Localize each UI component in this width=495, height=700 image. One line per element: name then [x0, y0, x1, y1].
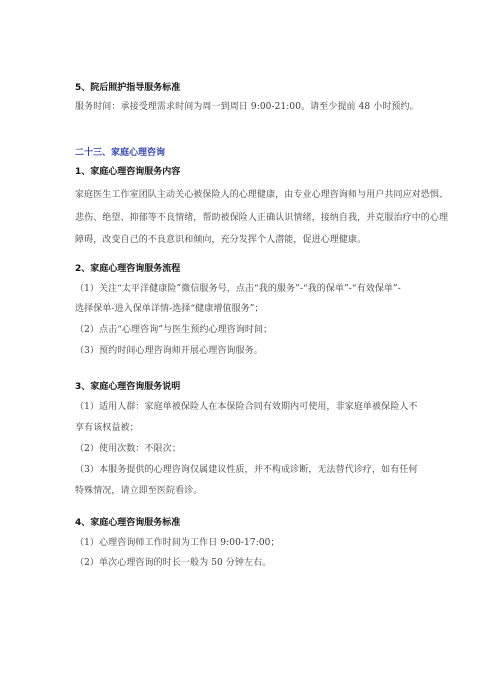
paragraph-line: （3）预约时间心理咨询师开展心理咨询服务。 [75, 345, 263, 357]
chapter-title: 二十三、家庭心理咨询 [75, 147, 165, 159]
paragraph-line: （2）使用次数：不限次； [75, 443, 181, 455]
section-heading: 5、院后照护指导服务标准 [75, 82, 180, 94]
paragraph-line: 特殊情况，请立即至医院看诊。 [75, 485, 202, 497]
section-heading: 3、家庭心理咨询服务说明 [75, 381, 180, 393]
section-heading: 4、家庭心理咨询服务标准 [75, 517, 180, 529]
paragraph-line: 享有该权益被； [75, 422, 139, 434]
paragraph-line: 障碍，改变自己的不良意识和倾向，充分发挥个人潜能，促进心理健康。 [75, 234, 366, 246]
paragraph-line: （1）适用人群：家庭单被保险人在本保险合同有效期内可使用，非家庭单被保险人不 [75, 401, 418, 413]
paragraph-line: 服务时间：承接受理需求时间为周一到周日 9:00-21:00。请至少提前 48 … [75, 101, 419, 113]
paragraph-line: （2）点击“心理咨询”与医生预约心理咨询时间； [75, 324, 272, 336]
paragraph-line: 选择保单-进入保单详情-选择“健康增值服务”； [75, 303, 264, 315]
section-heading: 2、家庭心理咨询服务流程 [75, 263, 180, 275]
section-heading: 1、家庭心理咨询服务内容 [75, 166, 180, 178]
paragraph-line: （3）本服务提供的心理咨询仅属建议性质，并不构成诊断，无法替代诊疗，如有任何 [75, 464, 418, 476]
paragraph-line: （1）关注“太平洋健康险”微信服务号，点击“我的服务”-“我的保单”-“有效保单… [75, 283, 401, 295]
paragraph-line: 悲伤、绝望、抑郁等不良情绪，帮助被保险人正确认识情绪，接纳自我，并克服治疗中的心… [75, 212, 448, 224]
paragraph-line: （2）单次心理咨询的时长一般为 50 分钟左右。 [75, 557, 271, 569]
paragraph-line: （1）心理咨询师工作时间为工作日 9:00-17:00； [75, 537, 280, 549]
paragraph-line: 家庭医生工作室团队主动关心被保险人的心理健康，由专业心理咨询师与用户共同应对恐惧… [75, 189, 448, 201]
